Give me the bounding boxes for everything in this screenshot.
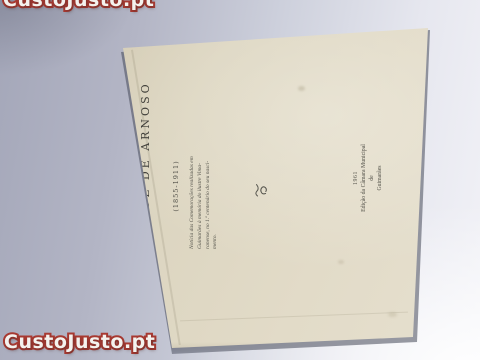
note-line: Guimarães à memória do ilustre Vima- bbox=[197, 123, 205, 249]
imprint-publisher: Edição da Câmara Municipal bbox=[360, 139, 368, 217]
note-line: ranense, no 1.º centenário do seu nasci- bbox=[205, 123, 213, 249]
imprint-year: 1961 bbox=[352, 139, 360, 217]
cover-stain bbox=[338, 260, 344, 264]
book-subtitle-note: Notícia das Comemorações realizadas em G… bbox=[189, 123, 221, 249]
note-line: Notícia das Comemorações realizadas em bbox=[189, 123, 197, 249]
cover-stain bbox=[298, 86, 305, 91]
printers-squiggle-ornament-icon bbox=[253, 182, 269, 198]
book-imprint: 1961 Edição da Câmara Municipal de Guima… bbox=[352, 139, 384, 217]
product-photo: AO CONDE DE ARNOSO (1855-1911) Notícia d… bbox=[0, 0, 480, 360]
imprint-de: de bbox=[368, 139, 376, 217]
cover-stain bbox=[388, 312, 397, 317]
note-line: mento. bbox=[212, 123, 220, 249]
book-title-dates: (1855-1911) bbox=[171, 158, 181, 214]
watermark-bottom-left: CustoJusto.pt bbox=[4, 331, 155, 353]
imprint-city: Guimarães bbox=[376, 139, 384, 217]
watermark-top-left: CustoJusto.pt bbox=[3, 0, 154, 11]
